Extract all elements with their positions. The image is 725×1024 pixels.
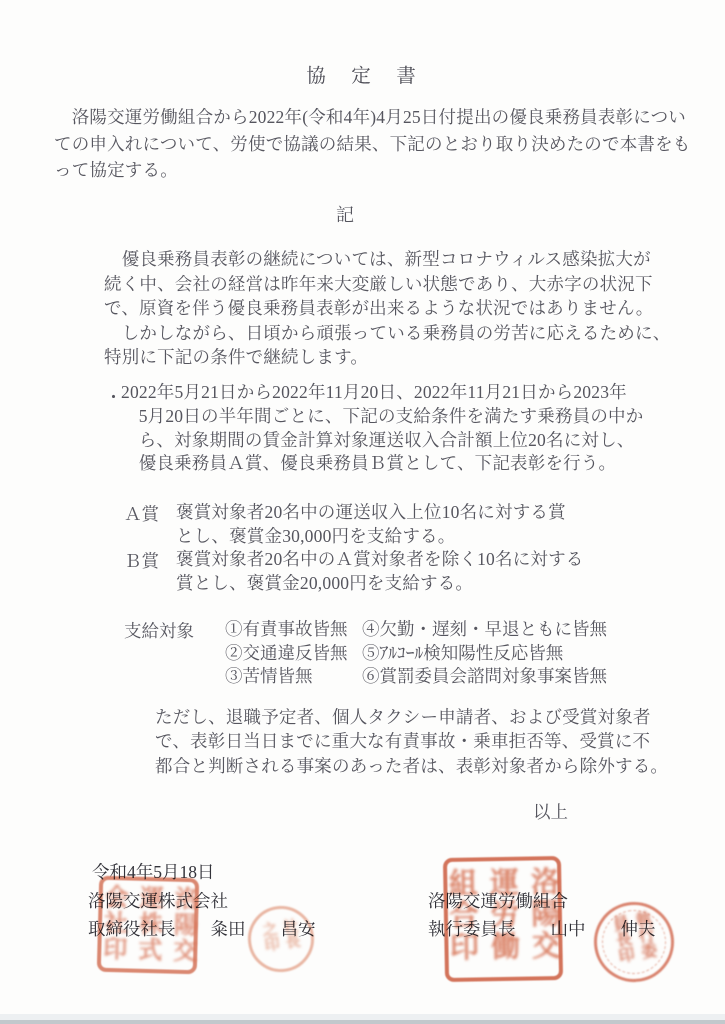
award-period-rule: 2022年5月21日から2022年11月20日、2022年11月21日から202… bbox=[121, 381, 701, 476]
chairman-round-seal-glyphs: 執行委員長印 bbox=[606, 909, 661, 974]
scan-edge-line bbox=[0, 1020, 725, 1024]
conditions-column-2: ④欠勤・遅刻・早退ともに皆無 ⑤ｱﾙｺｰﾙ検知陽性反応皆無 ⑥賞罰委員会諮問対象… bbox=[362, 618, 607, 689]
condition-item: ①有責事故皆無 bbox=[225, 618, 348, 642]
intro-paragraph: 洛陽交運労働組合から2022年(令和4年)4月25日付提出の優良乗務員表彰につい… bbox=[54, 104, 714, 184]
condition-item: ⑤ｱﾙｺｰﾙ検知陽性反応皆無 bbox=[362, 642, 607, 666]
condition-item: ④欠勤・遅刻・早退ともに皆無 bbox=[362, 618, 607, 642]
closing-ijou: 以上 bbox=[533, 799, 568, 824]
award-b-label: Ｂ賞 bbox=[124, 548, 159, 573]
conditions-column-1: ①有責事故皆無 ②交通違反皆無 ③苦情皆無 bbox=[225, 618, 348, 689]
award-a-label: Ａ賞 bbox=[124, 501, 159, 526]
conditions-label: 支給対象 bbox=[124, 618, 194, 643]
bullet-marker: ・ bbox=[105, 383, 122, 408]
ki-heading: 記 bbox=[336, 201, 354, 227]
award-a-text: 褒賞対象者20名中の運送収入上位10名に対する賞 とし、褒賞金30,000円を支… bbox=[176, 501, 696, 548]
award-b-text: 褒賞対象者20名中のＡ賞対象者を除く10名に対する 賞とし、褒賞金20,000円… bbox=[176, 548, 696, 595]
president-round-seal-glyphs: 社長之印 bbox=[258, 917, 305, 960]
condition-item: ②交通違反皆無 bbox=[225, 642, 348, 666]
proviso-paragraph: ただし、退職予定者、個人タクシー申請者、および受賞対象者 で、表彰日当日までに重… bbox=[155, 705, 715, 778]
condition-item: ⑥賞罰委員会諮問対象事案皆無 bbox=[362, 665, 607, 689]
agreement-document-page: 協 定 書 洛陽交運労働組合から2022年(令和4年)4月25日付提出の優良乗務… bbox=[0, 0, 725, 1024]
company-square-seal-glyphs: 洛陽交運株式会社印 bbox=[94, 884, 201, 967]
company-square-seal: 洛陽交運株式会社印 bbox=[97, 876, 199, 975]
union-square-seal: 洛陽交運労働組合印 bbox=[443, 856, 563, 982]
preamble-paragraph: 優良乗務員表彰の継続については、新型コロナウィルス感染拡大が 続く中、会社の経営… bbox=[104, 247, 704, 370]
union-square-seal-glyphs: 洛陽交運労働組合印 bbox=[441, 866, 566, 972]
document-title: 協 定 書 bbox=[0, 60, 725, 88]
condition-item: ③苦情皆無 bbox=[225, 665, 348, 689]
